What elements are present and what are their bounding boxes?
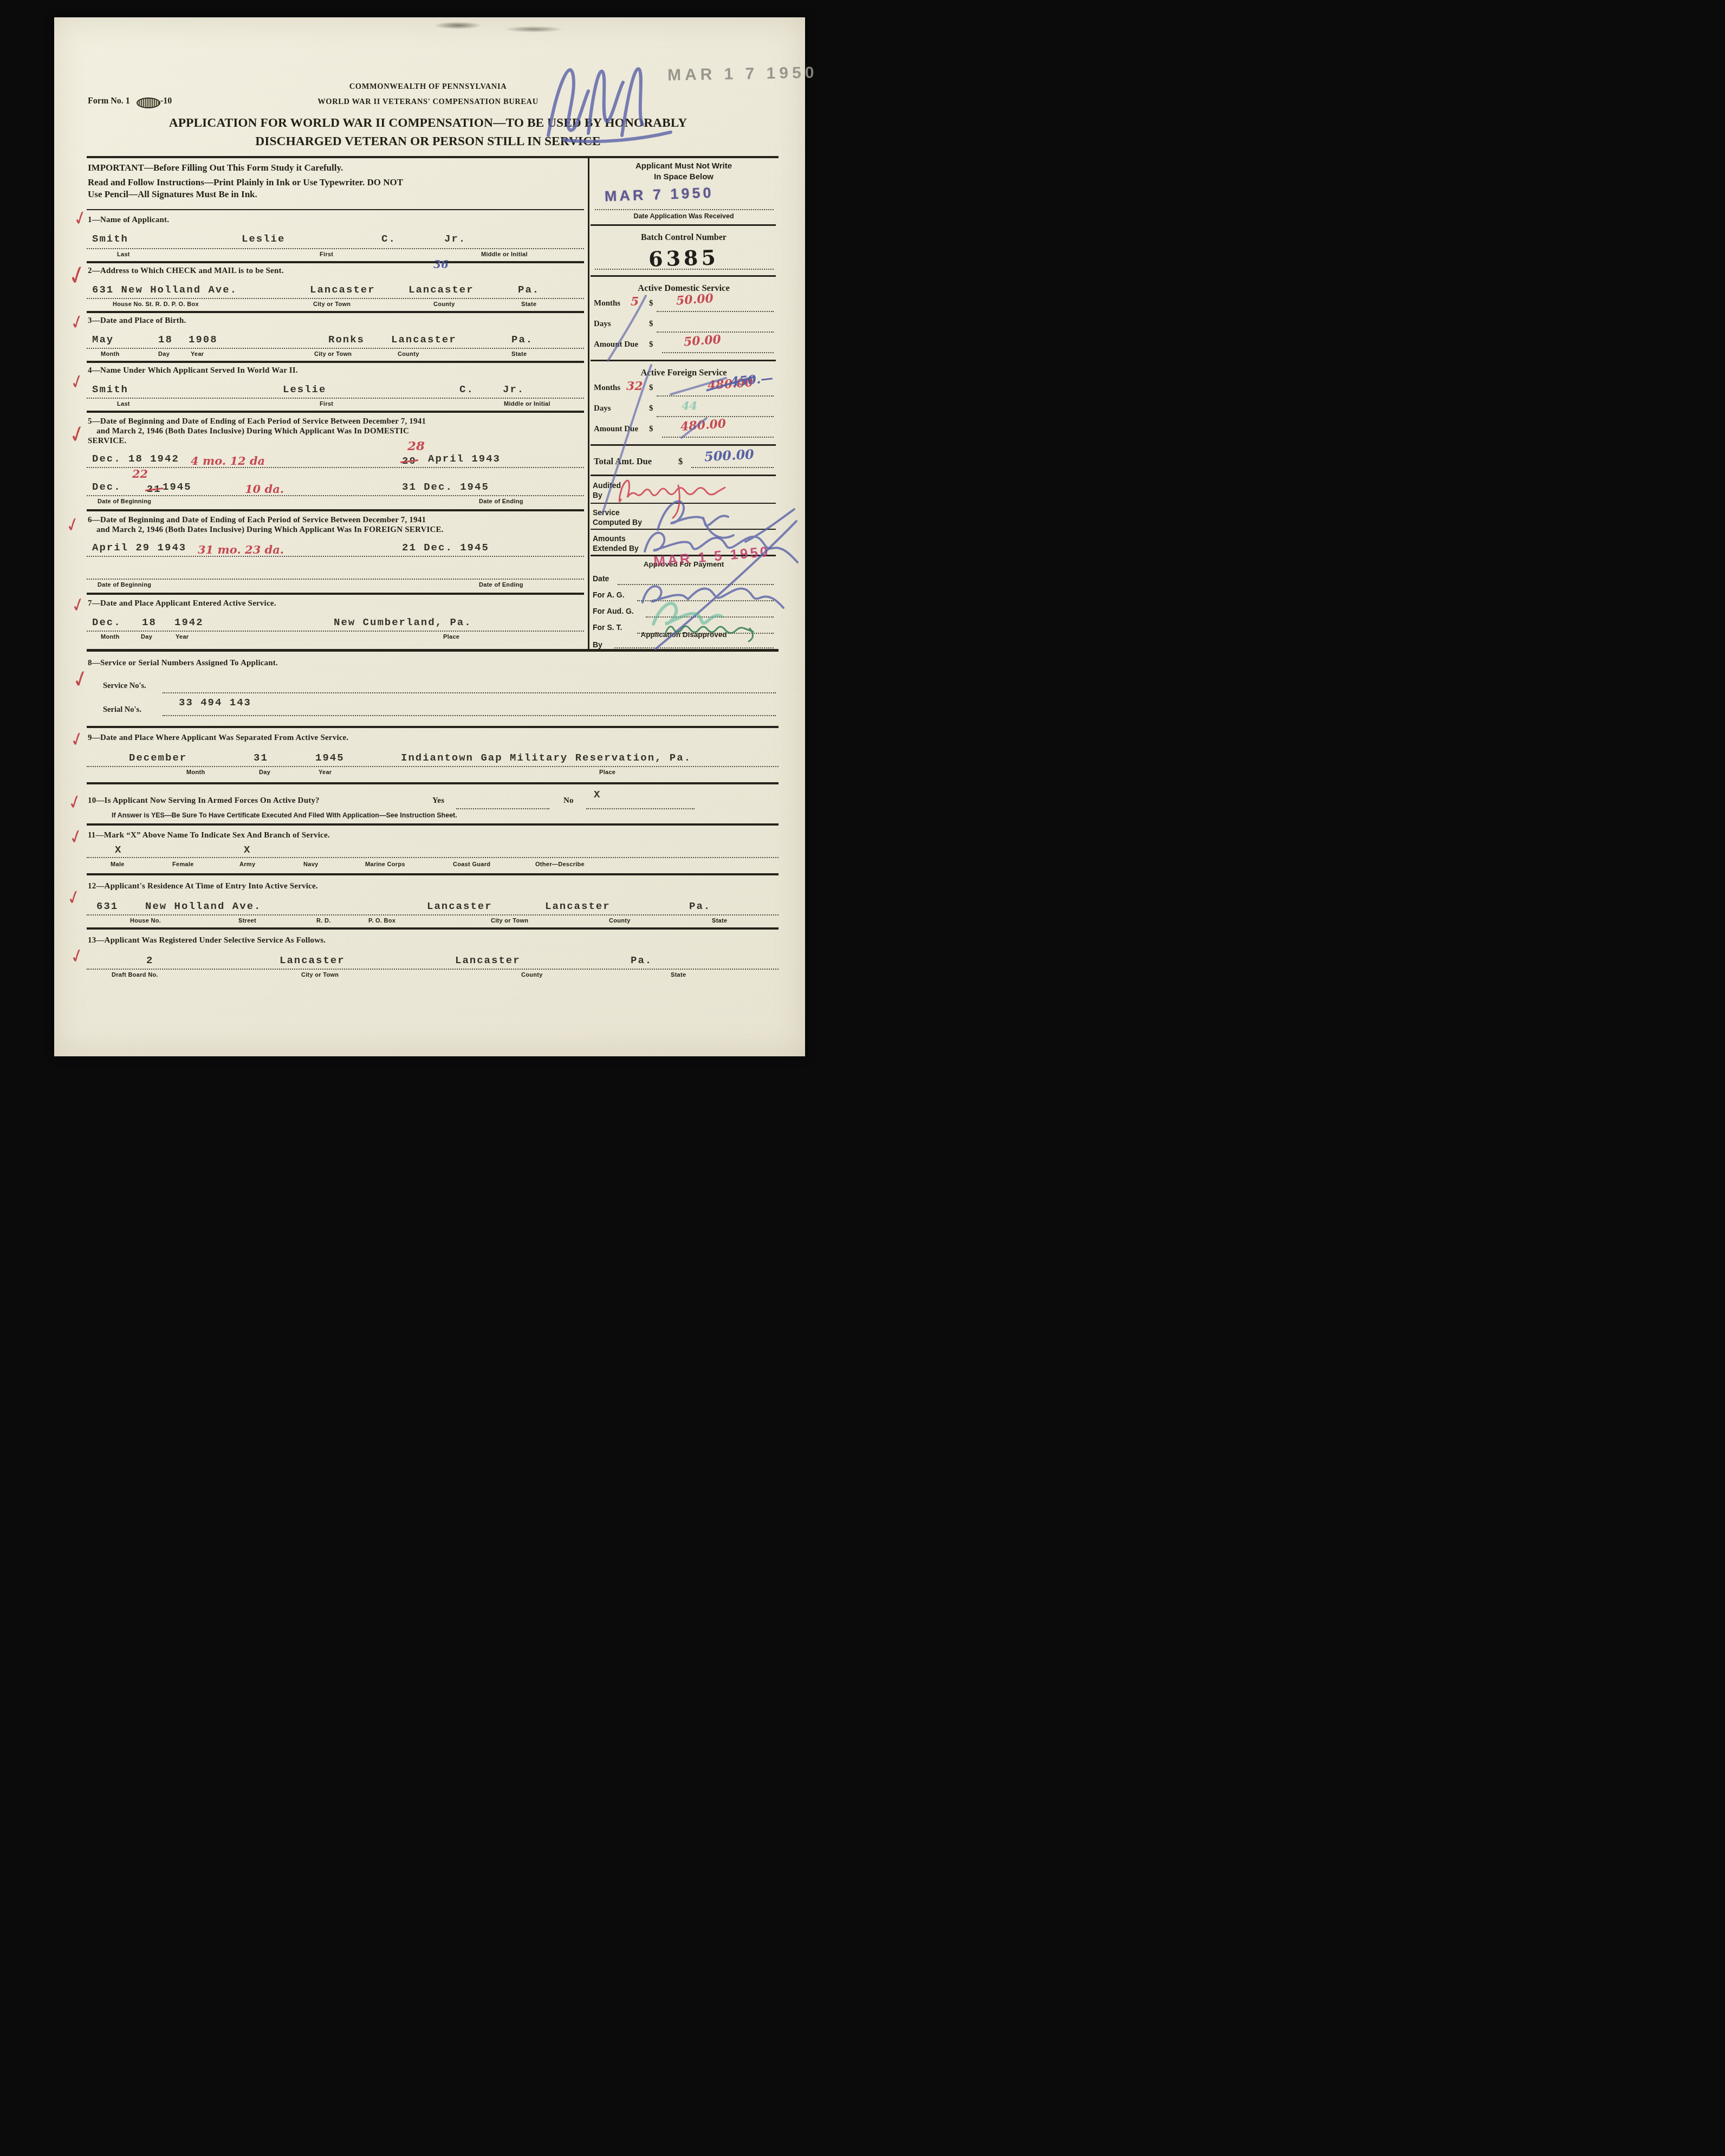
s1-first-value: Leslie — [242, 233, 285, 245]
ink-smudge — [433, 22, 482, 29]
s6-label-end: Date of Ending — [479, 582, 523, 588]
important-line-3: Use Pencil—All Signatures Must Be in Ink… — [88, 189, 257, 200]
s2-address-value: 631 New Holland Ave. — [92, 284, 237, 296]
form-number: Form No. 1 — [88, 96, 130, 106]
s7-label-month: Month — [101, 634, 119, 640]
s2-heading: 2—Address to Which CHECK and MAIL is to … — [88, 267, 284, 276]
s12-label-house: House No. — [130, 918, 161, 924]
s4-heading: 4—Name Under Which Applicant Served In W… — [88, 366, 298, 375]
s6-label-begin: Date of Beginning — [98, 582, 151, 588]
dollar-sign: $ — [649, 425, 653, 434]
s7-label-year: Year — [176, 634, 189, 640]
s13-rule — [87, 969, 779, 970]
s3-county-value: Lancaster — [391, 334, 457, 346]
dollar-sign: $ — [678, 456, 683, 467]
section-divider — [87, 593, 584, 595]
s11-x-army: X — [244, 844, 251, 856]
s10-note: If Answer is YES—Be Sure To Have Certifi… — [112, 811, 457, 819]
dom-days-label: Days — [594, 320, 611, 329]
sidebar-rule — [657, 311, 774, 312]
s6-row1-duration: 31 mo. 23 da. — [198, 543, 284, 556]
s3-city-value: Ronks — [328, 334, 365, 346]
for-days-label: Days — [594, 404, 611, 413]
sidebar-divider — [591, 475, 776, 476]
s7-place-value: New Cumberland, Pa. — [334, 616, 472, 628]
section-divider — [87, 261, 584, 263]
s4-rule — [87, 398, 584, 399]
sidebar-rule — [657, 395, 774, 397]
s9-label-day: Day — [259, 769, 270, 776]
s11-heading: 11—Mark “X” Above Name To Indicate Sex A… — [88, 831, 330, 840]
s5-corrected-day-28: 28 — [407, 439, 425, 453]
s5-row1-end-rest: April 1943 — [428, 453, 501, 465]
sidebar-rule — [646, 616, 774, 618]
s7-year-value: 1942 — [174, 616, 204, 628]
application-disapproved-label: Application Disapproved — [591, 631, 777, 639]
s1-suffix-value: Jr. — [444, 233, 466, 245]
s7-day-value: 18 — [142, 616, 157, 628]
s12-heading: 12—Applicant's Residence At Time of Entr… — [88, 882, 318, 891]
s3-day-value: 18 — [158, 334, 173, 346]
section-divider — [87, 782, 779, 784]
s12-label-street: Street — [238, 918, 256, 924]
sidebar-divider — [591, 444, 776, 446]
s12-label-state: State — [712, 918, 727, 924]
s1-last-value: Smith — [92, 233, 128, 245]
s8-serial-label: Serial No's. — [103, 705, 141, 715]
s2-county-value: Lancaster — [408, 284, 474, 296]
s9-year-value: 1945 — [315, 752, 345, 764]
s5-rule-1 — [87, 467, 584, 468]
s5-row2-month: Dec. — [92, 481, 121, 493]
s6-heading-2: and March 2, 1946 (Both Dates Inclusive)… — [96, 525, 444, 535]
sidebar-rule — [662, 437, 774, 438]
s8-serial-value: 33 494 143 — [179, 697, 251, 709]
s3-month-value: May — [92, 334, 114, 346]
total-amount-value: 500.00 — [704, 446, 754, 465]
s3-label-day: Day — [158, 351, 170, 358]
date-label: Date — [593, 574, 609, 583]
s6-rule-2 — [87, 579, 584, 580]
sidebar-divider — [591, 503, 776, 504]
s3-state-value: Pa. — [511, 334, 533, 346]
section-divider — [87, 873, 779, 875]
sidebar-rule — [614, 647, 774, 648]
extended-by-label-1: Amounts — [593, 534, 626, 543]
s4-suffix-value: Jr. — [503, 384, 524, 395]
s11-label-navy: Navy — [303, 861, 319, 868]
s9-day-value: 31 — [254, 752, 268, 764]
s4-label-first: First — [320, 401, 333, 407]
sidebar-no-write-2: In Space Below — [591, 172, 777, 181]
s4-middle-value: C. — [459, 384, 474, 395]
s13-draft-board-value: 2 — [146, 954, 153, 966]
sidebar-divider — [591, 360, 776, 361]
s6-rule-1 — [87, 556, 584, 557]
s13-heading: 13—Applicant Was Registered Under Select… — [88, 936, 326, 945]
important-line-1: IMPORTANT—Before Filling Out This Form S… — [88, 163, 343, 173]
s11-label-marine-corps: Marine Corps — [365, 861, 405, 868]
section-divider — [87, 311, 584, 313]
s5-row2-end: 31 Dec. 1945 — [402, 481, 489, 493]
dollar-sign: $ — [649, 299, 653, 308]
important-line-2: Read and Follow Instructions—Print Plain… — [88, 177, 403, 188]
dollar-sign: $ — [649, 340, 653, 349]
s7-month-value: Dec. — [92, 616, 121, 628]
s5-corrected-day-22: 22 — [132, 467, 148, 480]
section-divider — [87, 361, 584, 363]
s7-rule — [87, 631, 584, 632]
s6-row1-begin: April 29 1943 — [92, 542, 186, 554]
sidebar-divider — [591, 275, 776, 277]
s11-label-female: Female — [172, 861, 194, 868]
s4-label-middle: Middle or Initial — [504, 401, 550, 407]
s7-heading: 7—Date and Place Applicant Entered Activ… — [88, 599, 276, 608]
agency-line-2: WORLD WAR II VETERANS' COMPENSATION BURE… — [217, 98, 639, 107]
s5-label-end: Date of Ending — [479, 498, 523, 505]
s10-yes-rule — [456, 808, 549, 809]
scanned-document-photo: Form No. 1 -10 COMMONWEALTH OF PENNSYLVA… — [0, 0, 862, 1078]
audited-by-label-2: By — [593, 491, 602, 499]
section-divider — [87, 726, 779, 728]
computed-by-label-1: Service — [593, 508, 620, 517]
for-amount-label: Amount Due — [594, 425, 638, 434]
union-label-icon — [137, 98, 160, 108]
s13-city-value: Lancaster — [280, 954, 345, 966]
s3-label-state: State — [511, 351, 527, 358]
total-amount-label: Total Amt. Due — [594, 456, 652, 467]
batch-control-label: Batch Control Number — [591, 233, 777, 243]
s3-rule — [87, 348, 584, 349]
s9-rule — [87, 766, 779, 767]
for-months-label: Months — [594, 384, 620, 393]
s3-year-value: 1908 — [189, 334, 218, 346]
s3-label-county: County — [398, 351, 419, 358]
s13-county-value: Lancaster — [455, 954, 521, 966]
dom-months-value: 5 — [631, 295, 639, 309]
s9-month-value: December — [129, 752, 187, 764]
s5-heading-1: 5—Date of Beginning and Date of Ending o… — [88, 417, 426, 426]
s1-label-last: Last — [117, 251, 130, 258]
s4-last-value: Smith — [92, 384, 128, 395]
s12-county-value: Lancaster — [545, 900, 611, 912]
s12-label-county: County — [609, 918, 631, 924]
s1-middle-value: C. — [381, 233, 396, 245]
section-divider — [87, 509, 584, 511]
s2-label-county: County — [433, 301, 455, 308]
s7-label-place: Place — [443, 634, 459, 640]
s11-label-male: Male — [111, 861, 125, 868]
s12-label-pobox: P. O. Box — [368, 918, 395, 924]
sidebar-divider-line — [588, 156, 589, 651]
s9-place-value: Indiantown Gap Military Reservation, Pa. — [401, 752, 691, 764]
s6-row1-end: 21 Dec. 1945 — [402, 542, 489, 554]
s5-label-begin: Date of Beginning — [98, 498, 151, 505]
s8-service-label: Service No's. — [103, 681, 146, 691]
dollar-sign: $ — [649, 384, 653, 393]
s1-rule — [87, 248, 584, 249]
sidebar-rule — [618, 584, 774, 585]
s5-row2-duration: 10 da. — [245, 482, 284, 496]
s9-label-year: Year — [319, 769, 332, 776]
s3-label-city: City or Town — [314, 351, 352, 358]
form-number-suffix: -10 — [160, 96, 172, 106]
s5-row1-duration: 4 mo. 12 da — [191, 454, 265, 467]
s13-label-county: County — [521, 972, 543, 978]
s13-label-state: State — [671, 972, 686, 978]
s11-label-other: Other—Describe — [535, 861, 585, 868]
by-label: By — [593, 640, 602, 649]
s12-label-city: City or Town — [491, 918, 528, 924]
s11-x-male: X — [115, 844, 122, 856]
s4-first-value: Leslie — [283, 384, 326, 395]
s5-row1-begin: Dec. 18 1942 — [92, 453, 179, 465]
s8-serial-rule — [163, 715, 776, 716]
for-days-pencil-note: 44 — [682, 399, 697, 412]
s12-street-value: New Holland Ave. — [145, 900, 261, 912]
computed-by-label-2: Computed By — [593, 518, 642, 527]
s9-label-month: Month — [186, 769, 205, 776]
section-divider — [87, 823, 779, 826]
dom-amount-due-value: 50.00 — [683, 333, 722, 349]
s11-label-coast-guard: Coast Guard — [453, 861, 490, 868]
dom-months-label: Months — [594, 299, 620, 308]
sidebar-rule — [595, 269, 774, 270]
dom-months-amount: 50.00 — [676, 291, 714, 308]
s12-rule — [87, 914, 779, 915]
ink-smudge — [504, 26, 563, 33]
sidebar-divider — [591, 529, 776, 530]
s3-heading: 3—Date and Place of Birth. — [88, 316, 186, 326]
s10-no-rule — [586, 808, 695, 809]
s13-label-city: City or Town — [301, 972, 339, 978]
s8-heading: 8—Service or Serial Numbers Assigned To … — [88, 659, 278, 668]
section-divider — [87, 411, 584, 413]
s9-label-place: Place — [599, 769, 615, 776]
s3-label-year: Year — [191, 351, 204, 358]
s2-state-value: Pa. — [518, 284, 540, 296]
s12-house-value: 631 — [96, 900, 118, 912]
for-months-value: 32 — [626, 379, 643, 393]
sidebar-rule — [595, 209, 774, 210]
s5-heading-2: and March 2, 1946 (Both Dates Inclusive)… — [96, 427, 409, 436]
section-divider — [87, 927, 779, 930]
sidebar-divider — [591, 224, 776, 226]
s5-heading-3: SERVICE. — [88, 437, 127, 446]
s1-label-middle: Middle or Initial — [481, 251, 528, 258]
sidebar-rule — [637, 600, 774, 601]
sidebar-no-write-1: Applicant Must Not Write — [591, 161, 777, 171]
sidebar-rule — [662, 352, 774, 353]
s12-state-value: Pa. — [689, 900, 711, 912]
s10-no-label: No — [563, 796, 574, 806]
s5-row2-year: 1945 — [163, 481, 192, 493]
s12-label-rd: R. D. — [316, 918, 331, 924]
s10-no-x-mark: X — [594, 789, 601, 801]
s4-label-last: Last — [117, 401, 130, 407]
s11-label-army: Army — [239, 861, 255, 868]
domestic-service-title: Active Domestic Service — [591, 283, 777, 294]
s6-heading-1: 6—Date of Beginning and Date of Ending o… — [88, 516, 426, 525]
s7-label-day: Day — [141, 634, 152, 640]
audited-by-label-1: Audited — [593, 481, 621, 490]
s10-heading: 10—Is Applicant Now Serving In Armed For… — [88, 796, 320, 806]
s3-label-month: Month — [101, 351, 119, 358]
s2-label-house: House No. St. R. D. P. O. Box — [113, 301, 199, 308]
s2-label-state: State — [521, 301, 536, 308]
s5-rule-2 — [87, 495, 584, 496]
extended-by-label-2: Extended By — [593, 544, 639, 553]
s2-rule — [87, 298, 584, 299]
s5-row1-end-day-struck: 29 — [402, 455, 417, 467]
divider-line — [87, 209, 584, 210]
s13-state-value: Pa. — [631, 954, 652, 966]
sidebar-rule — [691, 467, 774, 468]
s12-city-value: Lancaster — [427, 900, 492, 912]
s2-label-city: City or Town — [313, 301, 351, 308]
dollar-sign: $ — [649, 404, 653, 413]
form-title-line-2: DISCHARGED VETERAN OR PERSON STILL IN SE… — [76, 134, 780, 149]
full-width-divider — [87, 649, 779, 652]
dom-amount-label: Amount Due — [594, 340, 638, 349]
s2-handwritten-36: 36 — [433, 258, 449, 271]
header-divider-line — [87, 156, 779, 158]
date-received-label: Date Application Was Received — [591, 212, 777, 220]
s13-label-draft-board: Draft Board No. — [112, 972, 158, 978]
s9-heading: 9—Date and Place Where Applicant Was Sep… — [88, 733, 348, 743]
for-aud-g-label: For Aud. G. — [593, 607, 634, 615]
date-stamp-mar-17-1950: MAR 1 7 1950 — [667, 64, 818, 85]
s2-city-value: Lancaster — [310, 284, 375, 296]
s10-yes-label: Yes — [432, 796, 444, 806]
s1-heading: 1—Name of Applicant. — [88, 216, 169, 225]
s1-label-first: First — [320, 251, 333, 258]
for-ag-label: For A. G. — [593, 590, 625, 599]
form-title-line-1: APPLICATION FOR WORLD WAR II COMPENSATIO… — [76, 116, 780, 131]
s8-service-rule — [163, 692, 776, 693]
agency-line-1: COMMONWEALTH OF PENNSYLVANIA — [217, 82, 639, 92]
s11-rule — [87, 857, 779, 858]
s5-row2-day-struck: 21 — [147, 483, 161, 495]
dollar-sign: $ — [649, 320, 653, 329]
